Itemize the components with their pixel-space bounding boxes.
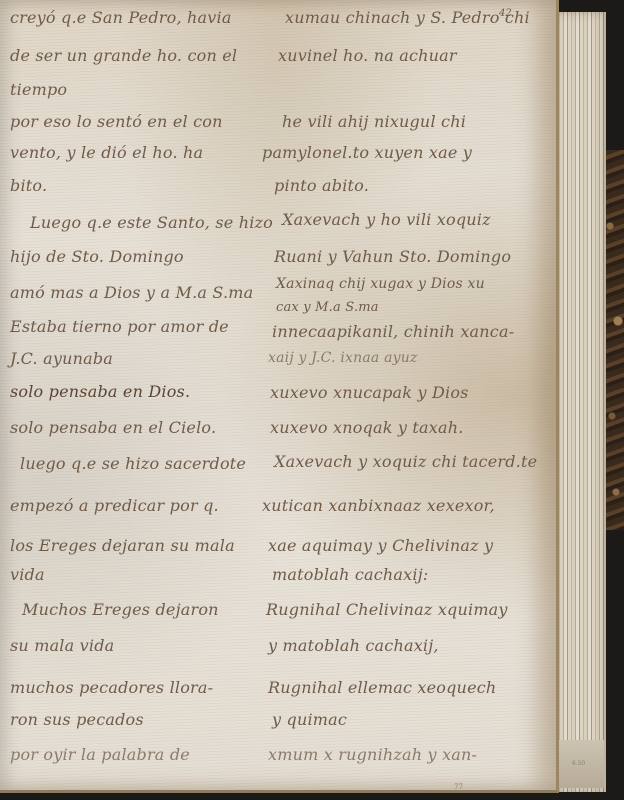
spanish-line-9: amó mas a Dios y a M.a S.ma [10, 283, 253, 302]
native-line-6: pinto abito. [274, 176, 369, 195]
spanish-line-3: tiempo [10, 80, 67, 99]
spanish-line-19: su mala vida [10, 636, 114, 655]
spanish-line-18: Muchos Ereges dejaron [22, 600, 219, 619]
native-line-17: xae aquimay y Chelivinaz y [268, 536, 493, 555]
manuscript-scan: 6.50 42 creyó q.e San Pedro, havia de se… [0, 0, 624, 800]
native-line-21: Rugnihal ellemac xeoquech [268, 678, 496, 697]
spanish-line-6: bito. [10, 176, 47, 195]
native-line-8: Ruani y Vahun Sto. Domingo [274, 247, 511, 266]
spanish-line-1: creyó q.e San Pedro, havia [10, 8, 232, 27]
spanish-line-17: vida [10, 565, 45, 584]
spanish-line-4: por eso lo sentó en el con [10, 112, 223, 131]
spine-stamp: 6.50 [572, 760, 585, 767]
native-line-1: xumau chinach y S. Pedro chi [285, 8, 530, 27]
spanish-line-20: muchos pecadores llora- [10, 678, 213, 697]
native-line-4: he vili ahij nixugul chi [282, 112, 466, 131]
spanish-line-7: Luego q.e este Santo, se hizo [30, 213, 273, 232]
native-line-9: Xaxinaq chij xugax y Dios xu [276, 276, 485, 292]
spanish-line-2: de ser un grande ho. con el [10, 46, 237, 65]
native-line-12: xaij y J.C. ixnaa ayuz [268, 350, 418, 366]
native-line-5: pamylonel.to xuyen xae y [262, 143, 472, 162]
spanish-line-15: empezó a predicar por q. [10, 496, 219, 515]
spanish-line-13: solo pensaba en el Cielo. [10, 418, 216, 437]
marbled-board [604, 150, 624, 530]
spanish-line-16: los Ereges dejaran su mala [10, 536, 235, 555]
spanish-line-5: vento, y le dió el ho. ha [10, 143, 203, 162]
native-line-16: xutican xanbixnaaz xexexor, [262, 496, 495, 515]
native-line-13: xuxevo xnucapak y Dios [270, 383, 469, 402]
native-line-20: y matoblah cachaxij, [268, 636, 439, 655]
native-line-23: xmum x rugnihzah y xan- [268, 745, 477, 764]
spanish-line-8: hijo de Sto. Domingo [10, 247, 184, 266]
bottom-mark: 77 [454, 783, 463, 791]
native-line-19: Rugnihal Chelivinaz xquimay [266, 600, 508, 619]
native-line-22: y quimac [272, 710, 347, 729]
native-line-14: xuxevo xnoqak y taxah. [270, 418, 464, 437]
manuscript-leaf: 42 creyó q.e San Pedro, havia de ser un … [0, 0, 559, 793]
native-line-11: innecaapikanil, chinih xanca- [272, 322, 514, 341]
native-line-10: cax y M.a S.ma [276, 300, 379, 315]
native-line-18: matoblah cachaxij: [272, 565, 428, 584]
spanish-line-22: por oyir la palabra de [10, 745, 190, 764]
native-line-7: Xaxevach y ho vili xoquiz [282, 210, 491, 229]
spanish-line-11: J.C. ayunaba [10, 349, 113, 368]
spanish-line-12: solo pensaba en Dios. [10, 382, 190, 401]
native-line-2: xuvinel ho. na achuar [278, 46, 457, 65]
spanish-line-14: luego q.e se hizo sacerdote [20, 454, 246, 473]
native-line-15: Xaxevach y xoquiz chi tacerd.te [274, 452, 537, 471]
spanish-line-21: ron sus pecados [10, 710, 144, 729]
spanish-line-10: Estaba tierno por amor de [10, 317, 229, 336]
